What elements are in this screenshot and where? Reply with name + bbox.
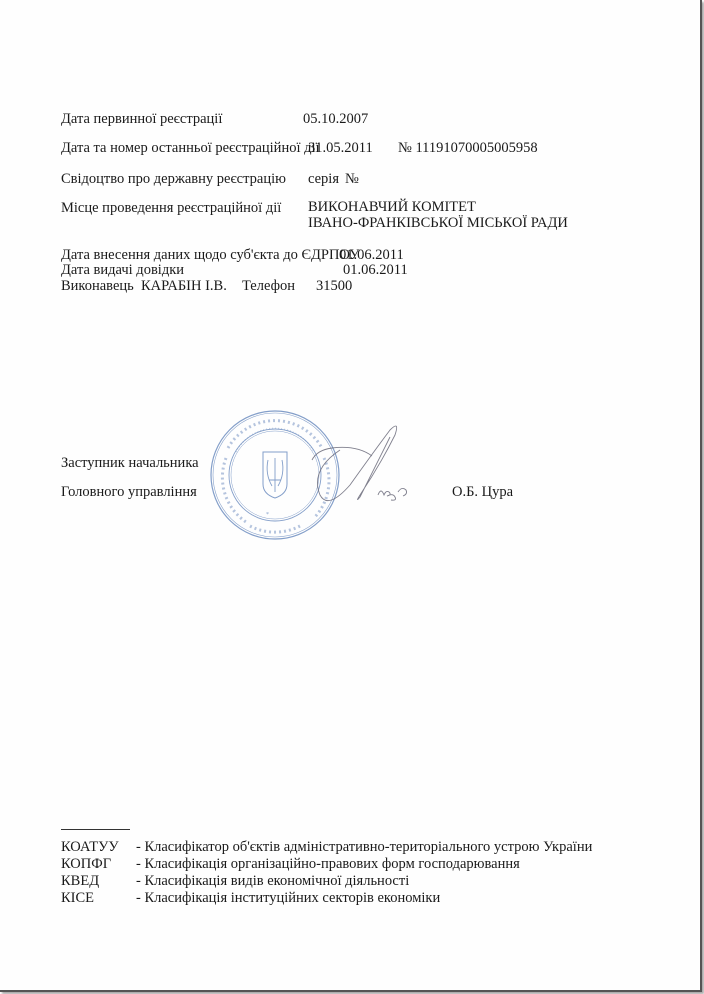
first-registration-date: 05.10.2007	[303, 111, 368, 127]
signature-icon	[300, 420, 430, 510]
position-line2: Головного управління	[61, 484, 197, 500]
first-registration-label: Дата первинної реєстрації	[61, 111, 222, 127]
issue-date-label: Дата видачі довідки	[61, 262, 184, 278]
executor-name: КАРАБІН І.В.	[141, 278, 227, 294]
footnote-text: - Класифікація інституційних секторів ек…	[136, 890, 440, 906]
certificate-number: №	[345, 171, 359, 187]
svg-text:*: *	[266, 512, 269, 518]
executor-label: Виконавець	[61, 278, 134, 294]
footnote-divider	[61, 829, 130, 830]
last-action-number: № 11191070005005958	[398, 140, 538, 156]
place-line2: ІВАНО-ФРАНКІВСЬКОЇ МІСЬКОЇ РАДИ	[308, 215, 568, 231]
last-action-date: 31.05.2011	[308, 140, 373, 156]
signatory-name: О.Б. Цура	[452, 484, 513, 500]
certificate-series: серія	[308, 171, 339, 187]
phone-label: Телефон	[242, 278, 295, 294]
edrpou-entry-date: 01.06.2011	[339, 247, 404, 263]
position-line1: Заступник начальника	[61, 455, 199, 471]
footnote-code: КВЕД	[61, 873, 99, 889]
footnote-text: - Класифікатор об'єктів адміністративно-…	[136, 839, 592, 855]
footnote-code: КОАТУУ	[61, 839, 119, 855]
issue-date: 01.06.2011	[343, 262, 408, 278]
certificate-label: Свідоцтво про державну реєстрацію	[61, 171, 286, 187]
footnote-code: КІСЕ	[61, 890, 94, 906]
phone-value: 31500	[316, 278, 352, 294]
edrpou-entry-label: Дата внесення даних щодо суб'єкта до ЄДР…	[61, 247, 359, 263]
footnote-text: - Класифікація організаційно-правових фо…	[136, 856, 520, 872]
footnote-text: - Класифікація видів економічної діяльно…	[136, 873, 409, 889]
footnote-code: КОПФГ	[61, 856, 111, 872]
document-page: Дата первинної реєстрації 05.10.2007 Дат…	[0, 0, 702, 992]
place-line1: ВИКОНАВЧИЙ КОМІТЕТ	[308, 199, 476, 215]
place-label: Місце проведення реєстраційної дії	[61, 200, 281, 216]
last-action-label: Дата та номер останньої реєстраційної ді…	[61, 140, 320, 156]
